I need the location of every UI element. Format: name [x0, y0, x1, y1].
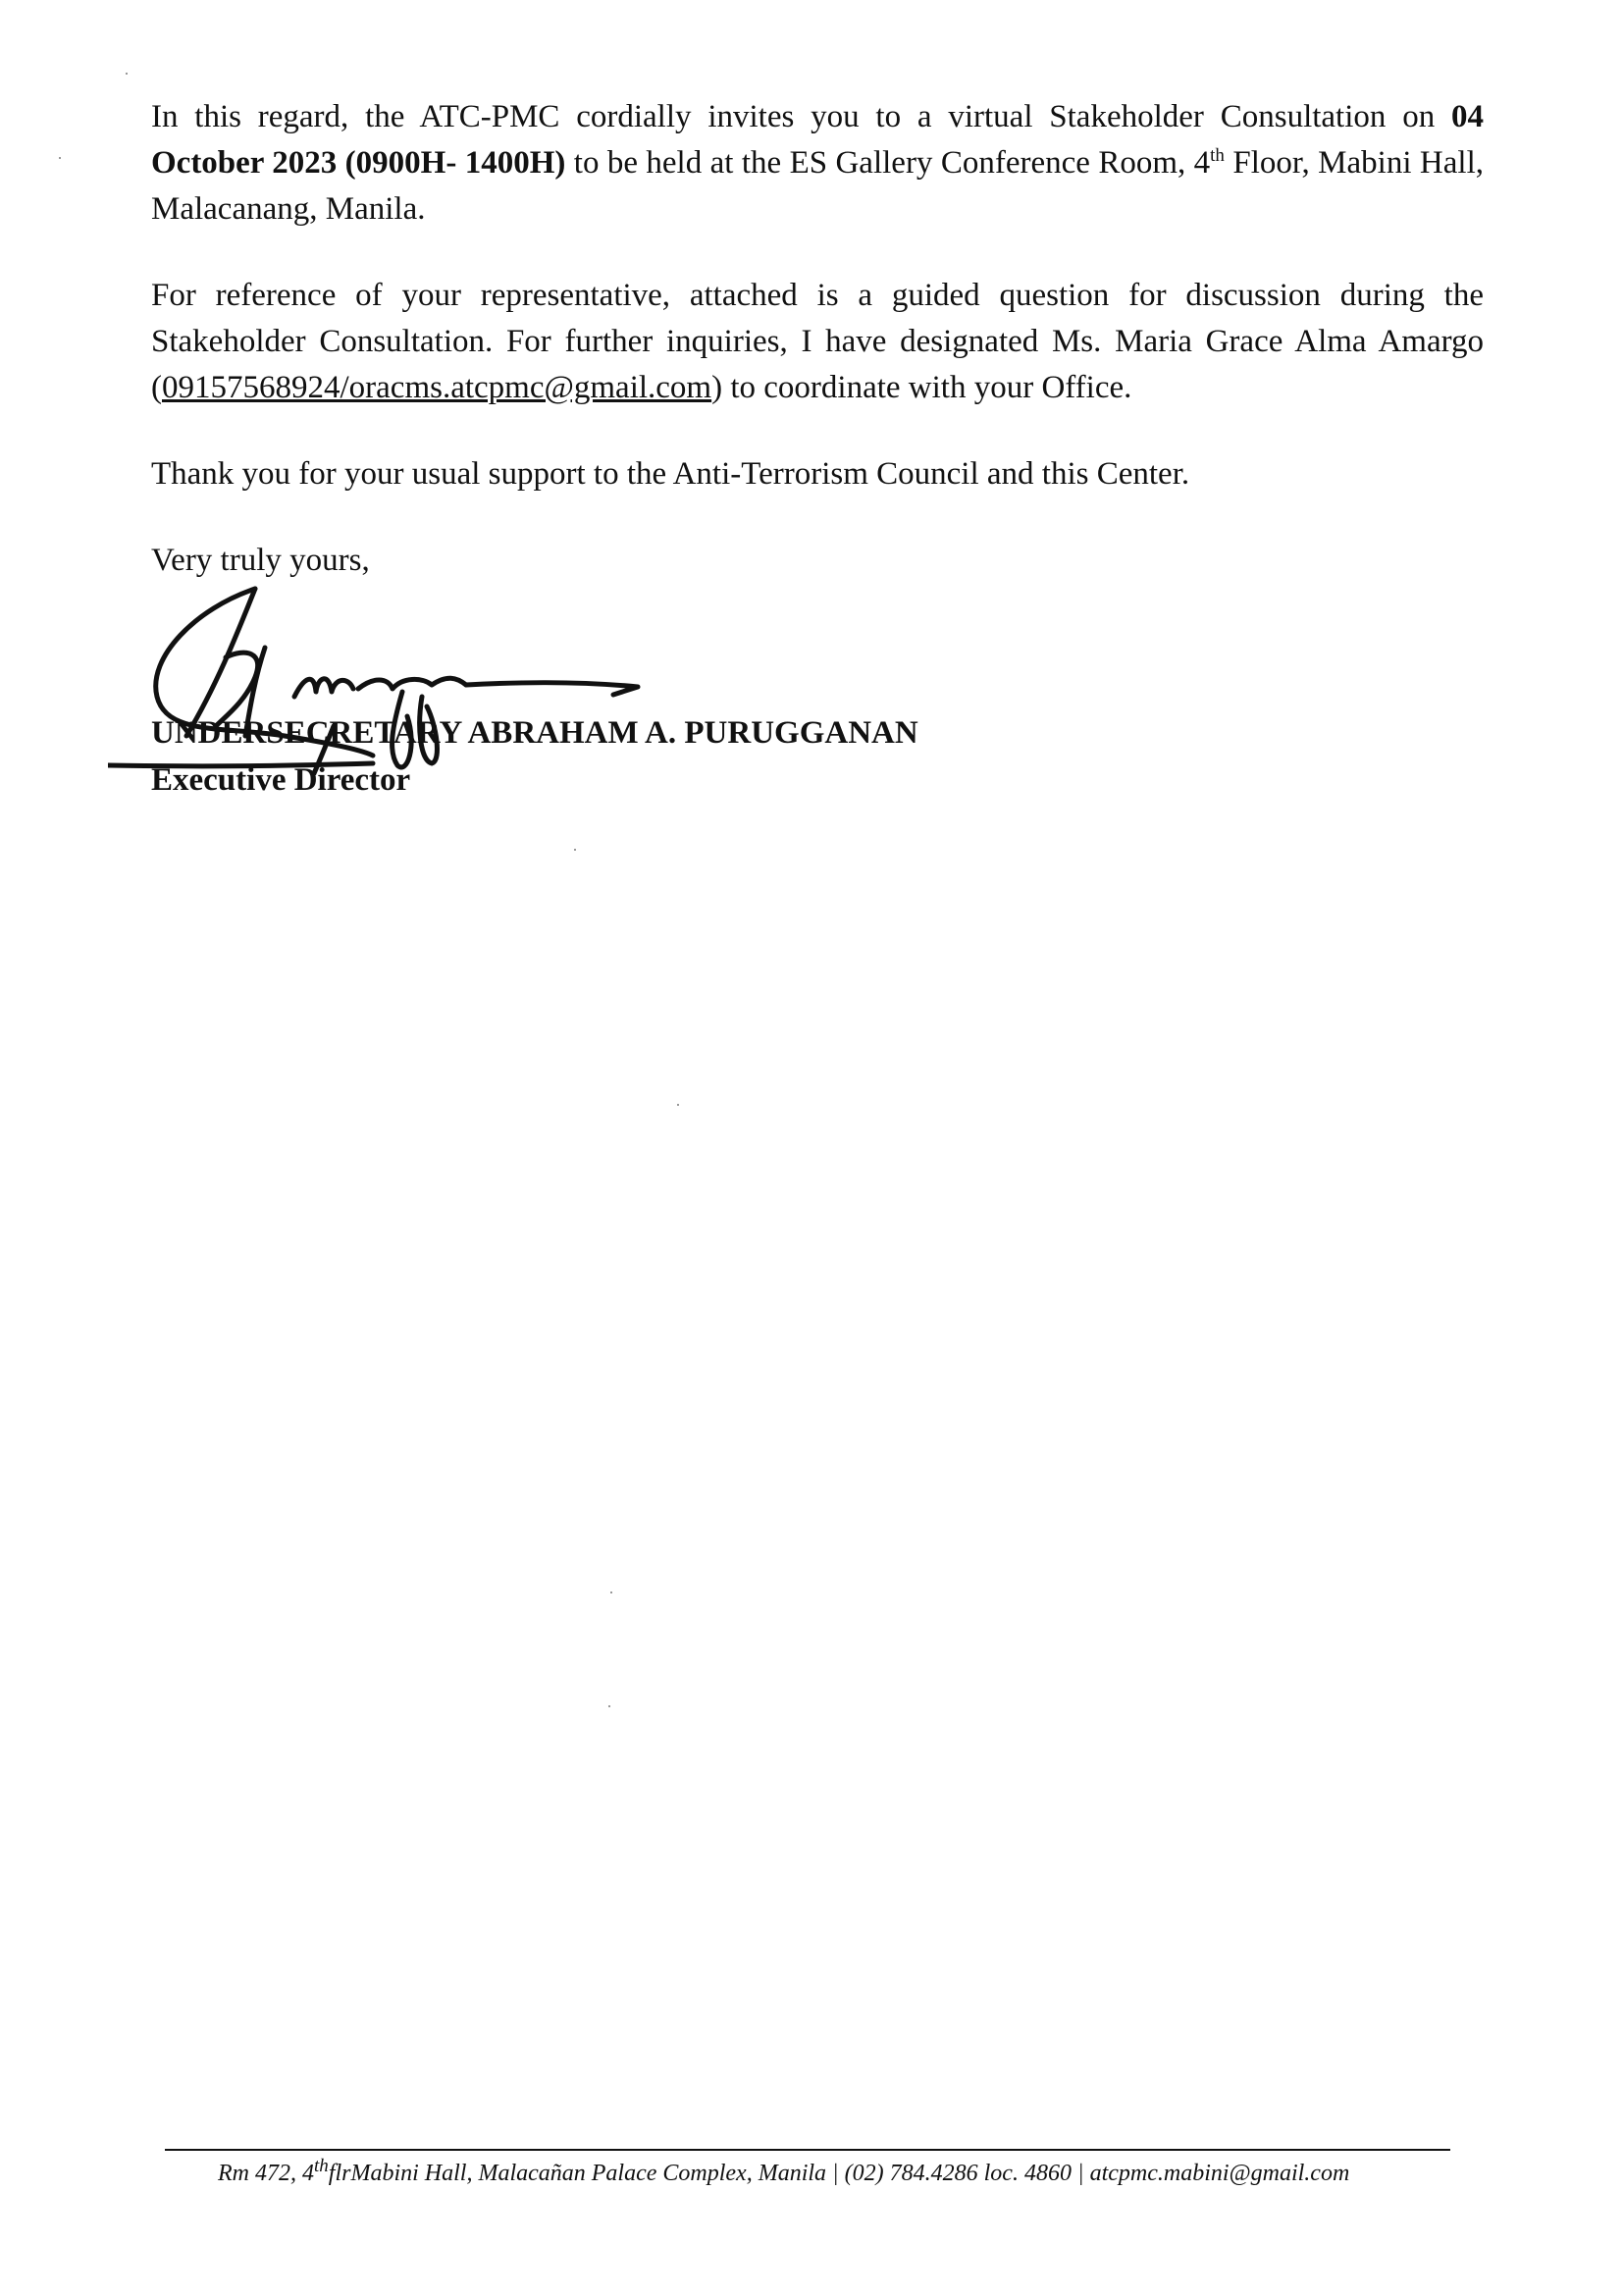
letter-page: In this regard, the ATC-PMC cordially in… [0, 0, 1623, 2296]
scan-speck [608, 1705, 610, 1707]
scan-speck [610, 1592, 612, 1593]
footer-floor-ordinal: th [314, 2156, 329, 2176]
footer-separator: | [1072, 2161, 1090, 2186]
footer-address: Rm 472, 4 [218, 2161, 314, 2186]
closing-salutation: Very truly yours, [151, 538, 370, 584]
reference-text-rest: ) to coordinate with your Office. [711, 370, 1131, 405]
invitation-intro: In this regard, the ATC-PMC cordially in… [151, 99, 1451, 134]
floor-ordinal: th [1210, 145, 1225, 166]
footer-phone: (02) 784.4286 loc. 4860 [845, 2161, 1072, 2186]
signatory-title: Executive Director [151, 760, 410, 800]
scan-speck [59, 157, 61, 159]
reference-paragraph: For reference of your representative, at… [151, 273, 1484, 411]
scan-speck [126, 73, 128, 75]
letterhead-footer: Rm 472, 4thflrMabini Hall, Malacañan Pal… [218, 2157, 1349, 2190]
venue-text: to be held at the ES Gallery Conference … [565, 145, 1210, 181]
footer-email[interactable]: atcpmc.mabini@gmail.com [1090, 2161, 1350, 2186]
signatory-name: UNDERSECRETARY ABRAHAM A. PURUGGANAN [151, 713, 918, 753]
footer-address-rest: flrMabini Hall, Malacañan Palace Complex… [329, 2161, 826, 2186]
footer-divider [165, 2149, 1450, 2151]
footer-separator: | [826, 2161, 845, 2186]
scan-speck [574, 849, 576, 851]
scan-speck [677, 1104, 679, 1106]
invitation-paragraph: In this regard, the ATC-PMC cordially in… [151, 94, 1484, 233]
contact-link[interactable]: 09157568924/oracms.atcpmc@gmail.com [162, 370, 711, 405]
thanks-paragraph: Thank you for your usual support to the … [151, 451, 1484, 497]
